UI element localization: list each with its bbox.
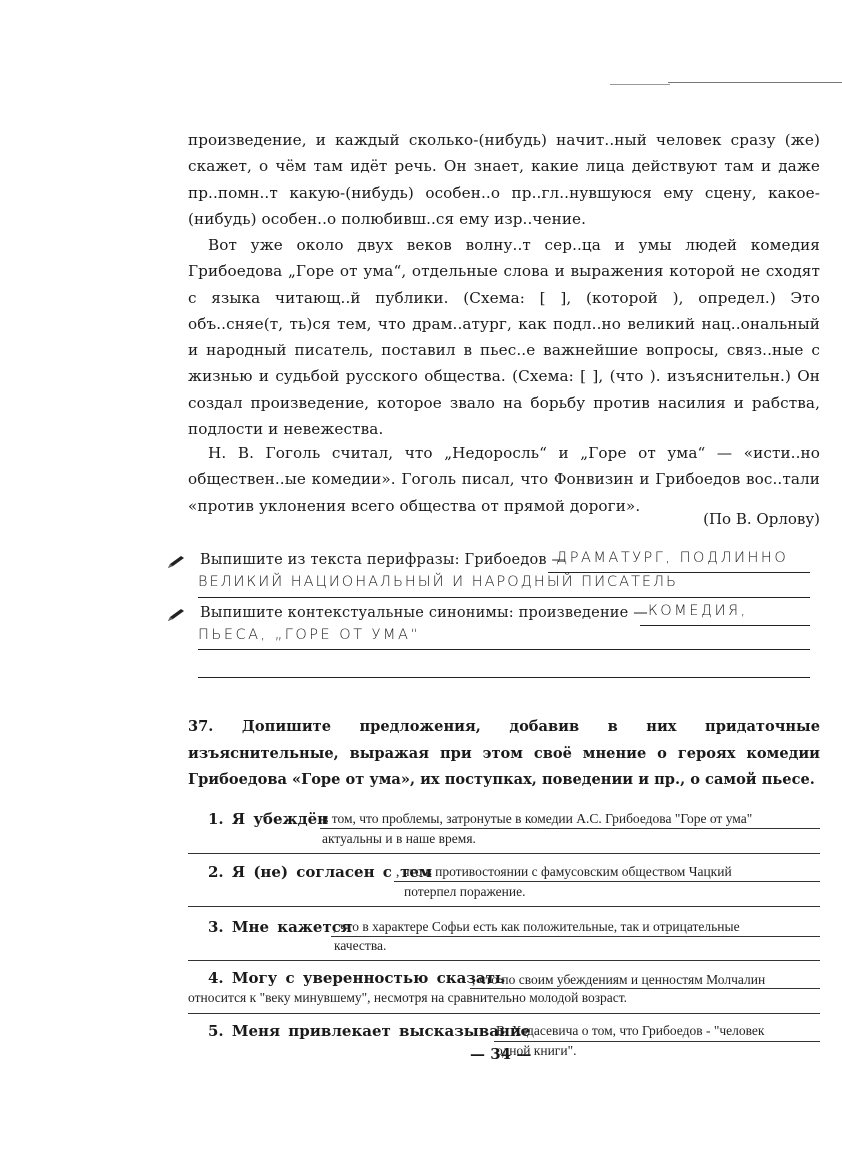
answer-underline	[470, 988, 820, 989]
separator-line	[188, 853, 820, 854]
answer-field-line-1[interactable]: драматург, подлинно	[556, 550, 788, 566]
exercise-text: Допишите предложения, добавив в них прид…	[188, 718, 820, 788]
answer-underline	[548, 572, 810, 573]
item-lead: 3. Мне кажется	[208, 918, 352, 936]
task-label: Выпишите контекстуальные синонимы: произ…	[200, 605, 648, 621]
exercise-37-instruction: 37. Допишите предложения, добавив в них …	[188, 714, 820, 794]
answer-underline	[331, 936, 820, 937]
answer-field-line-1[interactable]: комедия,	[648, 603, 748, 619]
paragraph-1: произведение, и каждый сколько-(нибудь) …	[188, 127, 820, 232]
separator-line	[188, 960, 820, 961]
item-lead: 4. Могу с уверенностью сказать	[208, 969, 505, 987]
task-label: Выпишите из текста перифразы: Грибоедов …	[200, 552, 566, 568]
item-answer-line-2[interactable]: качества.	[334, 938, 386, 954]
exercise-number: 37.	[188, 718, 213, 735]
paragraph-3: Н. В. Гоголь считал, что „Недоросль“ и „…	[188, 440, 820, 519]
separator-line	[188, 906, 820, 907]
paragraph-2-text: Вот уже около двух веков волну..т сер..ц…	[188, 236, 820, 438]
answer-underline	[198, 677, 810, 678]
item-answer-line-1[interactable]: , что по своим убеждениям и ценностям Мо…	[472, 972, 765, 988]
answer-underline	[494, 1041, 820, 1042]
item-answer-line-1[interactable]: В. Ходасевича о том, что Грибоедов - "че…	[496, 1023, 764, 1039]
answer-underline	[198, 597, 810, 598]
source-attribution: (По В. Орлову)	[703, 510, 820, 528]
pencil-icon	[166, 555, 186, 569]
scan-artifact-line	[610, 84, 670, 85]
answer-underline	[394, 881, 820, 882]
item-answer-line-1[interactable]: , что в противостоянии с фамусовским общ…	[396, 864, 732, 880]
item-answer-line-2[interactable]: относится к "веку минувшему", несмотря н…	[188, 990, 627, 1006]
item-answer-line-2[interactable]: потерпел поражение.	[404, 884, 525, 900]
answer-underline	[320, 828, 820, 829]
scan-artifact-line	[668, 82, 842, 83]
paragraph-2: Вот уже около двух веков волну..т сер..ц…	[188, 232, 820, 442]
paragraph-3-text: Н. В. Гоголь считал, что „Недоросль“ и „…	[188, 444, 820, 515]
answer-underline	[198, 649, 810, 650]
answer-field-line-2[interactable]: пьеса, „Горе от ума“	[198, 627, 420, 643]
item-answer-line-1[interactable]: в том, что проблемы, затронутые в комеди…	[322, 811, 752, 827]
separator-line	[188, 1013, 820, 1014]
item-lead: 5. Меня привлекает высказывание	[208, 1022, 531, 1040]
pencil-icon	[166, 608, 186, 622]
item-lead: 1. Я убеждён	[208, 810, 328, 828]
item-answer-line-1[interactable]: , что в характере Софьи есть как положит…	[333, 919, 740, 935]
answer-field-line-2[interactable]: великий национальный и народный писатель	[198, 574, 678, 590]
item-answer-line-2[interactable]: актуальны и в наше время.	[322, 831, 476, 847]
answer-underline	[640, 625, 810, 626]
page-number: — 34 —	[470, 1045, 531, 1063]
